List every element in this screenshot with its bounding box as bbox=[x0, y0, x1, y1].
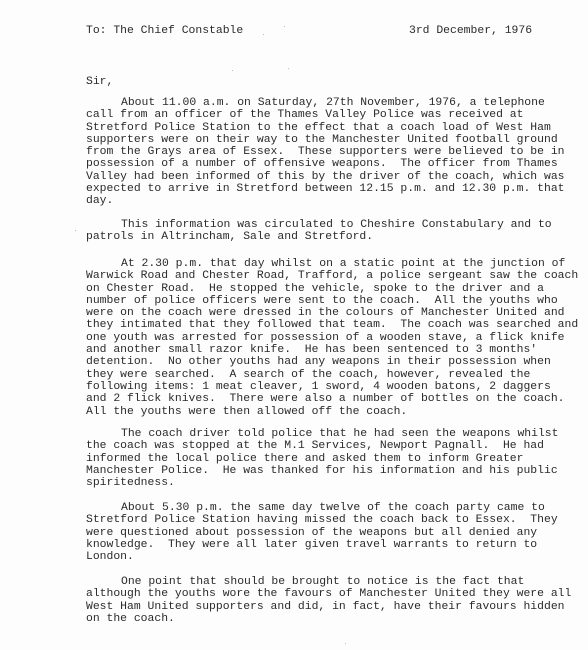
text-line: informed the local police there and aske… bbox=[86, 453, 576, 465]
text-line: the coach was stopped at the M.1 Service… bbox=[86, 440, 576, 452]
text-line: knowledge. They were all later given tra… bbox=[86, 539, 576, 551]
text-line: Warwick Road and Chester Road, Trafford,… bbox=[86, 270, 576, 282]
scan-speck bbox=[345, 643, 346, 644]
text-line: and 2 flick knives. There were also a nu… bbox=[86, 393, 576, 405]
addressee: To: The Chief Constable bbox=[86, 25, 243, 37]
text-line: following items: 1 meat cleaver, 1 sword… bbox=[86, 381, 576, 393]
text-line: One point that should be brought to noti… bbox=[86, 576, 576, 588]
text-line: patrols in Altrincham, Sale and Stretfor… bbox=[86, 231, 576, 243]
text-line: This information was circulated to Chesh… bbox=[86, 219, 576, 231]
paragraph: This information was circulated to Chesh… bbox=[86, 219, 576, 244]
text-line: were on the coach were dressed in the co… bbox=[86, 307, 576, 319]
text-line: All the youths were then allowed off the… bbox=[86, 406, 576, 418]
text-line: West Ham United supporters and did, in f… bbox=[86, 601, 576, 613]
scan-speck bbox=[288, 68, 289, 69]
text-line: although the youths wore the favours of … bbox=[86, 588, 576, 600]
text-line: on Chester Road. He stopped the vehicle,… bbox=[86, 283, 576, 295]
text-line: from the Grays area of Essex. These supp… bbox=[86, 146, 576, 158]
paragraph: About 5.30 p.m. the same day twelve of t… bbox=[86, 502, 576, 563]
paragraph: At 2.30 p.m. that day whilst on a static… bbox=[86, 258, 576, 418]
text-line: day. bbox=[86, 195, 576, 207]
text-line: they intimated that they followed that t… bbox=[86, 319, 576, 331]
text-line: number of police officers were sent to t… bbox=[86, 295, 576, 307]
text-line: The coach driver told police that he had… bbox=[86, 428, 576, 440]
text-line: About 5.30 p.m. the same day twelve of t… bbox=[86, 502, 576, 514]
text-line: detention. No other youths had any weapo… bbox=[86, 356, 576, 368]
text-line: they were searched. A search of the coac… bbox=[86, 369, 576, 381]
text-line: and another small razor knife. He has be… bbox=[86, 344, 576, 356]
text-line: expected to arrive in Stretford between … bbox=[86, 183, 576, 195]
text-line: At 2.30 p.m. that day whilst on a static… bbox=[86, 258, 576, 270]
text-line: About 11.00 a.m. on Saturday, 27th Novem… bbox=[86, 97, 576, 109]
text-line: Stretford Police Station to the effect t… bbox=[86, 122, 576, 134]
letter-date: 3rd December, 1976 bbox=[409, 25, 532, 37]
salutation: Sir, bbox=[86, 76, 113, 88]
text-line: were questioned about possession of the … bbox=[86, 527, 576, 539]
scan-speck bbox=[284, 26, 285, 27]
scan-speck bbox=[232, 70, 233, 71]
scan-speck bbox=[263, 34, 264, 35]
paragraph: About 11.00 a.m. on Saturday, 27th Novem… bbox=[86, 97, 576, 208]
text-line: supporters were on their way to the Manc… bbox=[86, 134, 576, 146]
text-line: Valley had been informed of this by the … bbox=[86, 171, 576, 183]
text-line: call from an officer of the Thames Valle… bbox=[86, 109, 576, 121]
paragraph: The coach driver told police that he had… bbox=[86, 428, 576, 489]
text-line: Manchester Police. He was thanked for hi… bbox=[86, 465, 576, 477]
text-line: possession of a number of offensive weap… bbox=[86, 158, 576, 170]
text-line: on the coach. bbox=[86, 613, 576, 625]
text-line: Stretford Police Station having missed t… bbox=[86, 514, 576, 526]
paragraph: One point that should be brought to noti… bbox=[86, 576, 576, 625]
text-line: London. bbox=[86, 551, 576, 563]
scan-speck bbox=[75, 230, 76, 231]
text-line: one youth was arrested for possession of… bbox=[86, 332, 576, 344]
letter-page: To: The Chief Constable 3rd December, 19… bbox=[0, 0, 588, 650]
text-line: spiritedness. bbox=[86, 477, 576, 489]
